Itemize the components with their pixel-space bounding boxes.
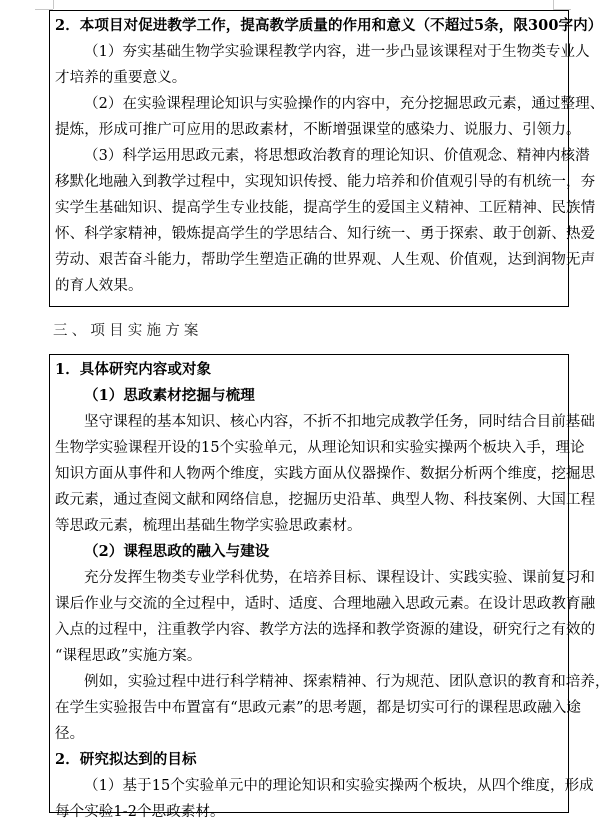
paragraph-line: （1）基于15个实验单元中的理论知识和实验实操两个板块，从四个维度，形成 [55, 773, 562, 799]
paragraph-line: （2）在实验课程理论知识与实验操作的内容中，充分挖掘思政元素，通过整理、 [55, 91, 562, 117]
paragraph-line: 坚守课程的基本知识、核心内容，不折不扣地完成教学任务，同时结合目前基础 [55, 409, 562, 435]
paragraph-line: 入点的过程中，注重教学内容、教学方法的选择和教学资源的建设，研究行之有效的 [55, 617, 562, 643]
paragraph-line: “课程思政”实施方案。 [55, 643, 562, 669]
subheading-materials: （1）思政素材挖掘与梳理 [55, 383, 562, 409]
research-goals-heading: 2．研究拟达到的目标 [55, 747, 562, 773]
paragraph-line: （1）夯实基础生物学实验课程教学内容，进一步凸显该课程对于生物类专业人 [55, 39, 562, 65]
paragraph-line: 提炼，形成可推广可应用的思政素材，不断增强课堂的感染力、说服力、引领力。 [55, 117, 562, 143]
paragraph-line: 政元素，通过查阅文献和网络信息，挖掘历史沿革、典型人物、科技案例、大国工程 [55, 487, 562, 513]
paragraph-line: 生物学实验课程开设的15个实验单元，从理论知识和实验实操两个板块入手，理论 [55, 435, 562, 461]
section-heading: 三、项目实施方案 [53, 319, 203, 340]
paragraph-line: 才培养的重要意义。 [55, 65, 562, 91]
paragraph-line: （3）科学运用思政元素，将思想政治教育的理论知识、价值观念、精神内核潜 [55, 143, 562, 169]
paragraph-line: 课后作业与交流的全过程中，适时、适度、合理地融入思政元素。在设计思政教育融 [55, 591, 562, 617]
paragraph-line: 径。 [55, 721, 562, 747]
crop-mark-top-right-v [553, 0, 554, 9]
implementation-table-cell: 1．具体研究内容或对象 （1）思政素材挖掘与梳理 坚守课程的基本知识、核心内容，… [49, 354, 569, 813]
paragraph-line: 等思政元素，梳理出基础生物学实验思政素材。 [55, 513, 562, 539]
crop-mark-top-left-v [53, 0, 54, 9]
paragraph-line: 的育人效果。 [55, 273, 562, 299]
paragraph-line: 例如，实验过程中进行科学精神、探索精神、行为规范、团队意识的教育和培养， [55, 669, 562, 695]
paragraph-line: 实学生基础知识、提高学生专业技能，提高学生的爱国主义精神、工匠精神、民族情 [55, 195, 562, 221]
paragraph-line: 劳动、艰苦奋斗能力，帮助学生塑造正确的世界观、人生观、价值观，达到润物无声 [55, 247, 562, 273]
research-content-heading: 1．具体研究内容或对象 [55, 357, 562, 383]
significance-heading: 2．本项目对促进教学工作，提高教学质量的作用和意义（不超过5条，限300字内） [55, 13, 562, 39]
subheading-integration: （2）课程思政的融入与建设 [55, 539, 562, 565]
significance-table-cell: 2．本项目对促进教学工作，提高教学质量的作用和意义（不超过5条，限300字内） … [49, 10, 569, 307]
paragraph-line: 每个实验1-2个思政素材。 [55, 799, 562, 818]
paragraph-line: 在学生实验报告中布置富有“思政元素”的思考题，都是切实可行的课程思政融入途 [55, 695, 562, 721]
paragraph-line: 怀、科学家精神，锻炼提高学生的学思结合、知行统一、勇于探索、敢于创新、热爱 [55, 221, 562, 247]
paragraph-line: 移默化地融入到教学过程中，实现知识传授、能力培养和价值观引导的有机统一，夯 [55, 169, 562, 195]
paragraph-line: 知识方面从事件和人物两个维度，实践方面从仪器操作、数据分析两个维度，挖掘思 [55, 461, 562, 487]
paragraph-line: 充分发挥生物类专业学科优势，在培养目标、课程设计、实践实验、课前复习和 [55, 565, 562, 591]
